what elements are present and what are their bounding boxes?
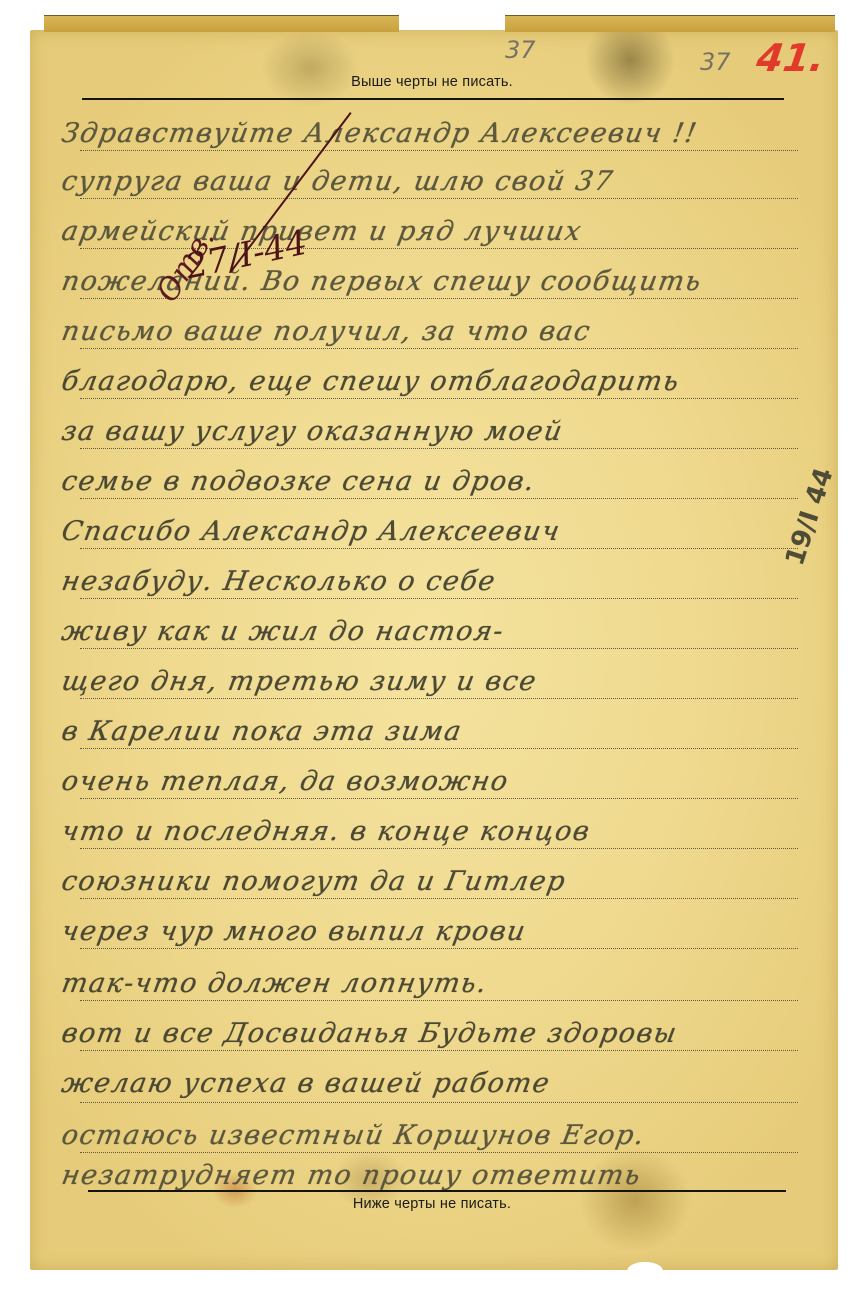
paper-fold-flap (44, 15, 399, 32)
writing-line (80, 150, 798, 151)
writing-line (80, 198, 798, 199)
writing-line (80, 848, 798, 849)
printed-header: Выше черты не писать. (0, 74, 864, 90)
footer-rule (88, 1190, 786, 1192)
writing-line (80, 448, 798, 449)
writing-line (80, 498, 798, 499)
handwritten-line-9: Спасибо Александр Алексеевич (59, 516, 844, 547)
handwritten-line-1: Здравствуйте Александр Алексеевич !! (59, 118, 844, 149)
handwritten-line-2: супруга ваша и дети, шлю свой 37 (59, 166, 844, 197)
writing-line (80, 748, 798, 749)
paper-fold-flap (505, 15, 835, 32)
writing-line (80, 898, 798, 899)
handwritten-line-12: щего дня, третью зиму и все (59, 666, 844, 697)
handwritten-line-22: незатрудняет то прошу ответить (59, 1160, 844, 1191)
handwritten-line-14: очень теплая, да возможно (59, 766, 844, 797)
handwritten-line-15: что и последняя. в конце концов (59, 816, 844, 847)
writing-line (80, 598, 798, 599)
writing-line (80, 1152, 798, 1153)
writing-line (80, 948, 798, 949)
handwritten-line-11: живу как и жил до настоя- (59, 616, 844, 647)
handwritten-line-5: письмо ваше получил, за что вас (59, 316, 844, 347)
writing-line (80, 1102, 798, 1103)
handwritten-line-20: желаю успеха в вашей работе (59, 1068, 844, 1099)
handwritten-line-21-signature: остаюсь известный Коршунов Егор. (59, 1120, 844, 1151)
handwritten-line-10: незабуду. Несколько о себе (59, 566, 844, 597)
writing-line (80, 1000, 798, 1001)
archive-number-pencil: 37 (505, 36, 536, 64)
handwritten-line-18: так-что должен лопнуть. (59, 968, 844, 999)
header-rule (82, 98, 784, 100)
handwritten-line-16: союзники помогут да и Гитлер (59, 866, 844, 897)
printed-footer: Ниже черты не писать. (0, 1196, 864, 1212)
paper-tear (627, 1262, 663, 1280)
writing-line (80, 1050, 798, 1051)
writing-line (80, 698, 798, 699)
handwritten-line-3: армейский привет и ряд лучших (59, 216, 844, 247)
handwritten-line-13: в Карелии пока эта зима (59, 716, 844, 747)
handwritten-line-19: вот и все Досвиданья Будьте здоровы (59, 1018, 844, 1049)
handwritten-line-17: через чур много выпил крови (59, 916, 844, 947)
writing-line (80, 548, 798, 549)
handwritten-line-6: благодарю, еще спешу отблагодарить (59, 366, 844, 397)
archive-number-pencil-right: 37 (700, 48, 731, 76)
writing-line (80, 348, 798, 349)
writing-line (80, 298, 798, 299)
handwritten-line-8: семье в подвозке сена и дров. (59, 466, 844, 497)
handwritten-line-7: за вашу услугу оказанную моей (59, 416, 844, 447)
writing-line (80, 398, 798, 399)
writing-line (80, 648, 798, 649)
writing-line (80, 798, 798, 799)
